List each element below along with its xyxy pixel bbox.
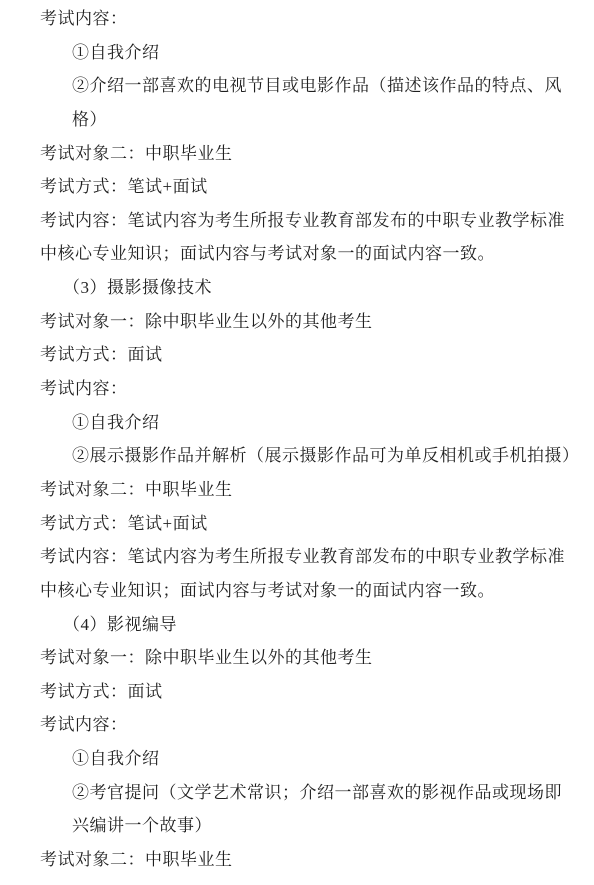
document-line: 考试内容：笔试内容为考生所报专业教育部发布的中职专业教学标准 bbox=[40, 540, 568, 574]
document-line: ①自我介绍 bbox=[40, 406, 568, 440]
document-line: ②介绍一部喜欢的电视节目或电影作品（描述该作品的特点、风 bbox=[40, 69, 568, 103]
document-line: 考试内容： bbox=[40, 708, 568, 742]
document-line: 中核心专业知识；面试内容与考试对象一的面试内容一致。 bbox=[40, 574, 568, 608]
document-line: 考试对象一：除中职毕业生以外的其他考生 bbox=[40, 641, 568, 675]
document-line: ①自我介绍 bbox=[40, 742, 568, 776]
document-line: （4）影视编导 bbox=[40, 608, 568, 642]
document-line: 考试对象一：除中职毕业生以外的其他考生 bbox=[40, 305, 568, 339]
document-line: ①自我介绍 bbox=[40, 36, 568, 70]
document-line: 考试方式：面试 bbox=[40, 338, 568, 372]
document-line: 考试内容：笔试内容为考生所报专业教育部发布的中职专业教学标准 bbox=[40, 204, 568, 238]
document-line: 考试方式：笔试+面试 bbox=[40, 507, 568, 541]
document-line: 兴编讲一个故事） bbox=[40, 809, 568, 843]
document-line: 考试方式：面试 bbox=[40, 675, 568, 709]
document-line: （3）摄影摄像技术 bbox=[40, 271, 568, 305]
document-line: 考试对象二：中职毕业生 bbox=[40, 137, 568, 171]
document-line: 考试方式：笔试+面试 bbox=[40, 170, 568, 204]
document-line: ②考官提问（文学艺术常识；介绍一部喜欢的影视作品或现场即 bbox=[40, 776, 568, 810]
document-line: 考试对象二：中职毕业生 bbox=[40, 843, 568, 877]
document-line: 考试对象二：中职毕业生 bbox=[40, 473, 568, 507]
document-line: 格） bbox=[40, 103, 568, 137]
document-line: 考试内容： bbox=[40, 2, 568, 36]
document-line: 中核心专业知识；面试内容与考试对象一的面试内容一致。 bbox=[40, 237, 568, 271]
document-line: ②展示摄影作品并解析（展示摄影作品可为单反相机或手机拍摄） bbox=[40, 439, 568, 473]
document-line: 考试内容： bbox=[40, 372, 568, 406]
document-page: 考试内容：①自我介绍②介绍一部喜欢的电视节目或电影作品（描述该作品的特点、风格）… bbox=[0, 0, 594, 885]
